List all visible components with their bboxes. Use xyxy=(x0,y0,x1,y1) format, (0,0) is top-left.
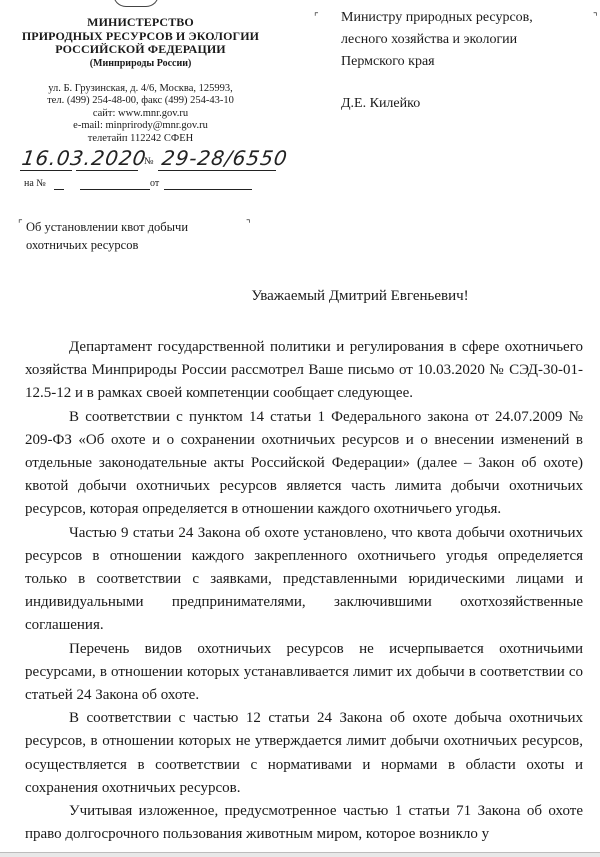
corner-top-right-icon: ⌝ xyxy=(593,7,598,29)
addressee-block: ⌜ ⌝ Министру природных ресурсов, лесного… xyxy=(341,7,581,115)
date-underline xyxy=(20,170,72,171)
org-short-name: (Минприроды России) xyxy=(18,57,263,70)
reg-number-label: № xyxy=(144,156,154,167)
org-email: e-mail: minprirody@mnr.gov.ru xyxy=(18,120,263,133)
ref-number-label: на № xyxy=(24,178,46,189)
org-name-line2: ПРИРОДНЫХ РЕСУРСОВ И ЭКОЛОГИИ xyxy=(18,30,263,44)
state-emblem-icon xyxy=(113,0,159,7)
letter-page: МИНИСТЕРСТВО ПРИРОДНЫХ РЕСУРСОВ И ЭКОЛОГ… xyxy=(0,0,600,857)
org-site: сайт: www.mnr.gov.ru xyxy=(18,108,263,121)
addressee-name: Д.Е. Килейко xyxy=(341,93,581,115)
letter-body: Департамент государственной политики и р… xyxy=(25,336,583,846)
date-underline-2 xyxy=(76,170,138,171)
org-phone: тел. (499) 254-48-00, факс (499) 254-43-… xyxy=(18,95,263,108)
addressee-line1: Министру природных ресурсов, xyxy=(341,7,581,29)
org-name-line3: РОССИЙСКОЙ ФЕДЕРАЦИИ xyxy=(18,43,263,57)
corner-top-left-icon: ⌜ xyxy=(314,7,319,29)
body-paragraph: В соответствии с частью 12 статьи 24 Зак… xyxy=(25,707,583,800)
body-paragraph: Учитывая изложенное, предусмотренное час… xyxy=(25,800,583,846)
letter-subject: ⌜ ⌝ Об установлении квот добычи охотничь… xyxy=(26,218,256,254)
ref-date-field xyxy=(164,189,252,190)
salutation: Уважаемый Дмитрий Евгеньевич! xyxy=(0,288,600,305)
body-paragraph: В соответствии с пунктом 14 статьи 1 Фед… xyxy=(25,406,583,522)
ref-number-underline xyxy=(54,189,64,190)
subject-line1: Об установлении квот добычи xyxy=(26,218,256,236)
corner-top-left-icon: ⌜ xyxy=(18,216,23,234)
addressee-line2: лесного хозяйства и экологии xyxy=(341,29,581,51)
registration-line: 16.03.2020 № 29-28/6550 xyxy=(20,146,300,176)
body-paragraph: Частью 9 статьи 24 Закона об охоте устан… xyxy=(25,522,583,638)
handwritten-date: 16.03.2020 xyxy=(20,146,148,170)
ref-number-field xyxy=(80,189,150,190)
ref-from-label: от xyxy=(150,178,159,189)
viewer-bottom-edge xyxy=(0,852,600,857)
letterhead: МИНИСТЕРСТВО ПРИРОДНЫХ РЕСУРСОВ И ЭКОЛОГ… xyxy=(18,16,263,145)
addressee-line3: Пермского края xyxy=(341,51,581,73)
body-paragraph: Департамент государственной политики и р… xyxy=(25,336,583,406)
body-paragraph: Перечень видов охотничьих ресурсов не ис… xyxy=(25,638,583,708)
org-name-line1: МИНИСТЕРСТВО xyxy=(18,16,263,30)
org-address: ул. Б. Грузинская, д. 4/6, Москва, 12599… xyxy=(18,83,263,96)
corner-top-right-icon: ⌝ xyxy=(246,216,251,234)
org-teletype: телетайп 112242 СФЕН xyxy=(18,133,263,146)
handwritten-reg-number: 29-28/6550 xyxy=(160,146,289,170)
number-underline xyxy=(158,170,276,171)
org-contacts: ул. Б. Грузинская, д. 4/6, Москва, 12599… xyxy=(18,83,263,146)
reference-line: на № от xyxy=(24,178,254,192)
subject-line2: охотничьих ресурсов xyxy=(26,236,256,254)
